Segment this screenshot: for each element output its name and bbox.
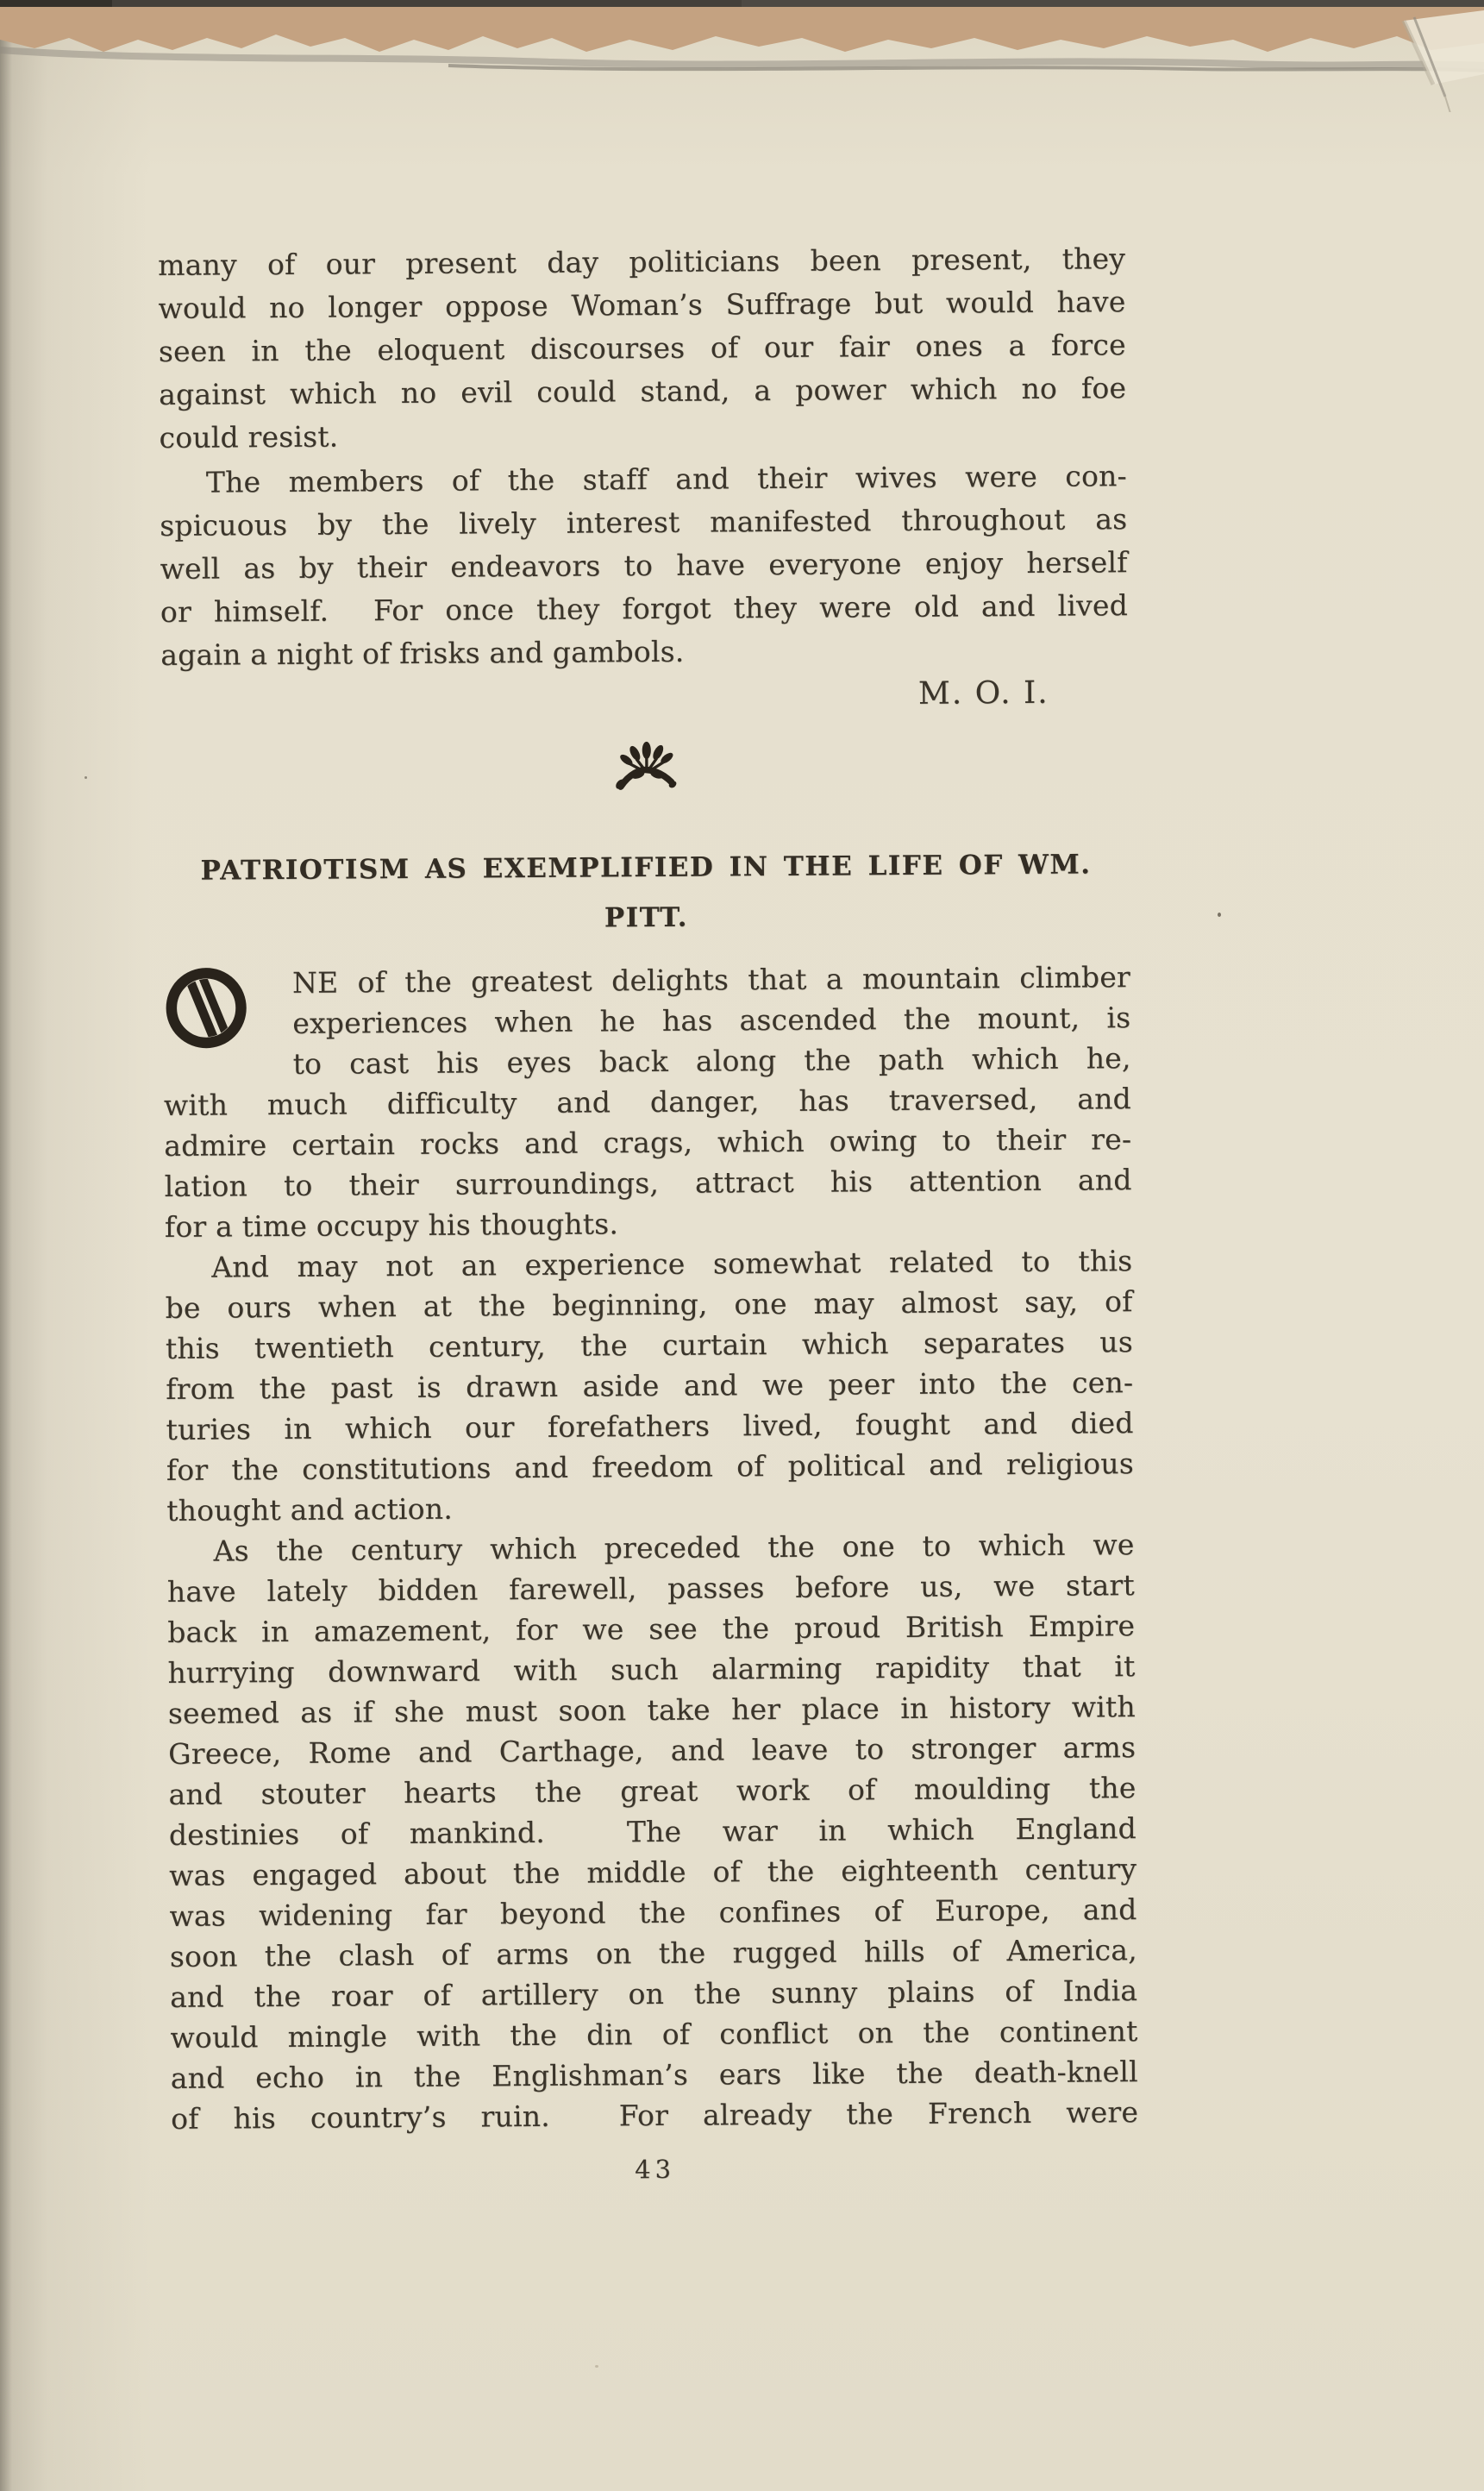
section-divider xyxy=(161,731,1130,806)
text-line: destinies of mankind. The war in which E… xyxy=(169,1808,1136,1855)
text-line: experiences when he has ascended the mou… xyxy=(163,997,1130,1045)
article-title-line2: PITT. xyxy=(162,889,1130,946)
paper-speck xyxy=(85,776,87,779)
paragraph-continuation-2: The members of the staff and their wives… xyxy=(160,455,1129,677)
text-line: And may not an experience somewhat relat… xyxy=(165,1240,1132,1288)
text-line: seemed as if she must soon take her plac… xyxy=(168,1686,1136,1734)
text-line: for the constitutions and freedom of pol… xyxy=(166,1443,1134,1490)
dropcap-initial-o xyxy=(163,963,293,1085)
deckle-edge-graphic xyxy=(0,0,1484,112)
text-line: was engaged about the middle of the eigh… xyxy=(169,1848,1136,1896)
text-line: would mingle with the din of conflict on… xyxy=(170,2011,1137,2058)
paragraph-continuation-1: many of our present day politicians been… xyxy=(158,237,1127,460)
text-line: admire certain rocks and crags, which ow… xyxy=(164,1119,1131,1166)
text-line: soon the clash of arms on the rugged hil… xyxy=(170,1929,1137,1977)
paragraph-article-1: NE of the greatest delights that a mount… xyxy=(163,957,1132,1247)
page-deckle-edge xyxy=(0,0,1484,112)
text-line: again a night of frisks and gambols. xyxy=(160,627,1128,677)
paragraph-article-1-lines: NE of the greatest delights that a mount… xyxy=(163,957,1132,1247)
floral-ornament-icon xyxy=(609,734,682,802)
text-line: well as by their endeavors to have every… xyxy=(160,541,1127,591)
text-line: and the roar of artillery on the sunny p… xyxy=(170,1970,1137,2017)
paper-speck xyxy=(595,2365,598,2368)
text-line: seen in the eloquent discourses of our f… xyxy=(159,323,1126,373)
paragraph-article-3: As the century which preceded the one to… xyxy=(166,1524,1138,2139)
text-line: many of our present day politicians been… xyxy=(158,237,1125,287)
paper-speck xyxy=(1218,913,1221,917)
text-line: to cast his eyes back along the path whi… xyxy=(163,1038,1130,1085)
text-line: be ours when at the beginning, one may a… xyxy=(165,1281,1132,1328)
paragraph-article-2: And may not an experience somewhat relat… xyxy=(165,1240,1134,1531)
text-line: turies in which our forefathers lived, f… xyxy=(166,1402,1133,1450)
text-line: thought and action. xyxy=(166,1484,1134,1531)
text-line: of his country’s ruin. For already the F… xyxy=(171,2092,1138,2139)
text-line: NE of the greatest delights that a mount… xyxy=(163,957,1130,1004)
article-title-line1: PATRIOTISM AS EXEMPLIFIED IN THE LIFE OF… xyxy=(162,839,1130,896)
page-content: many of our present day politicians been… xyxy=(158,237,1139,2187)
text-line: spicuous by the lively interest manifest… xyxy=(160,498,1127,548)
text-line: As the century which preceded the one to… xyxy=(166,1524,1134,1572)
text-line: against which no evil could stand, a pow… xyxy=(159,367,1126,417)
dropcap-o-graphic xyxy=(165,966,248,1050)
article-title: PATRIOTISM AS EXEMPLIFIED IN THE LIFE OF… xyxy=(162,839,1130,946)
text-line: and stouter hearts the great work of mou… xyxy=(168,1767,1136,1815)
text-line: was widening far beyond the confines of … xyxy=(169,1889,1136,1936)
author-initials: M. O. I. xyxy=(161,674,1129,718)
text-line: for a time occupy his thoughts. xyxy=(165,1200,1132,1247)
text-line: lation to their surroundings, attract hi… xyxy=(164,1159,1131,1207)
text-line: The members of the staff and their wives… xyxy=(160,455,1127,505)
text-line: with much difficulty and danger, has tra… xyxy=(164,1078,1131,1126)
text-line: hurrying downward with such alarming rap… xyxy=(167,1646,1135,1693)
text-line: from the past is drawn aside and we peer… xyxy=(166,1362,1133,1409)
page-number: 43 xyxy=(171,2151,1138,2187)
text-line: Greece, Rome and Carthage, and leave to … xyxy=(168,1727,1136,1774)
text-line: and echo in the Englishman’s ears like t… xyxy=(171,2051,1138,2099)
text-line: this twentieth century, the curtain whic… xyxy=(166,1321,1133,1369)
text-line: back in amazement, for we see the proud … xyxy=(167,1605,1135,1653)
text-line: or himself. For once they forgot they we… xyxy=(160,584,1128,634)
scanned-book-page: many of our present day politicians been… xyxy=(0,0,1484,2491)
text-line: would no longer oppose Woman’s Suffrage … xyxy=(158,280,1125,330)
article-body: NE of the greatest delights that a mount… xyxy=(163,957,1138,2139)
text-line: have lately bidden farewell, passes befo… xyxy=(167,1565,1135,1612)
text-line: could resist. xyxy=(159,410,1126,460)
